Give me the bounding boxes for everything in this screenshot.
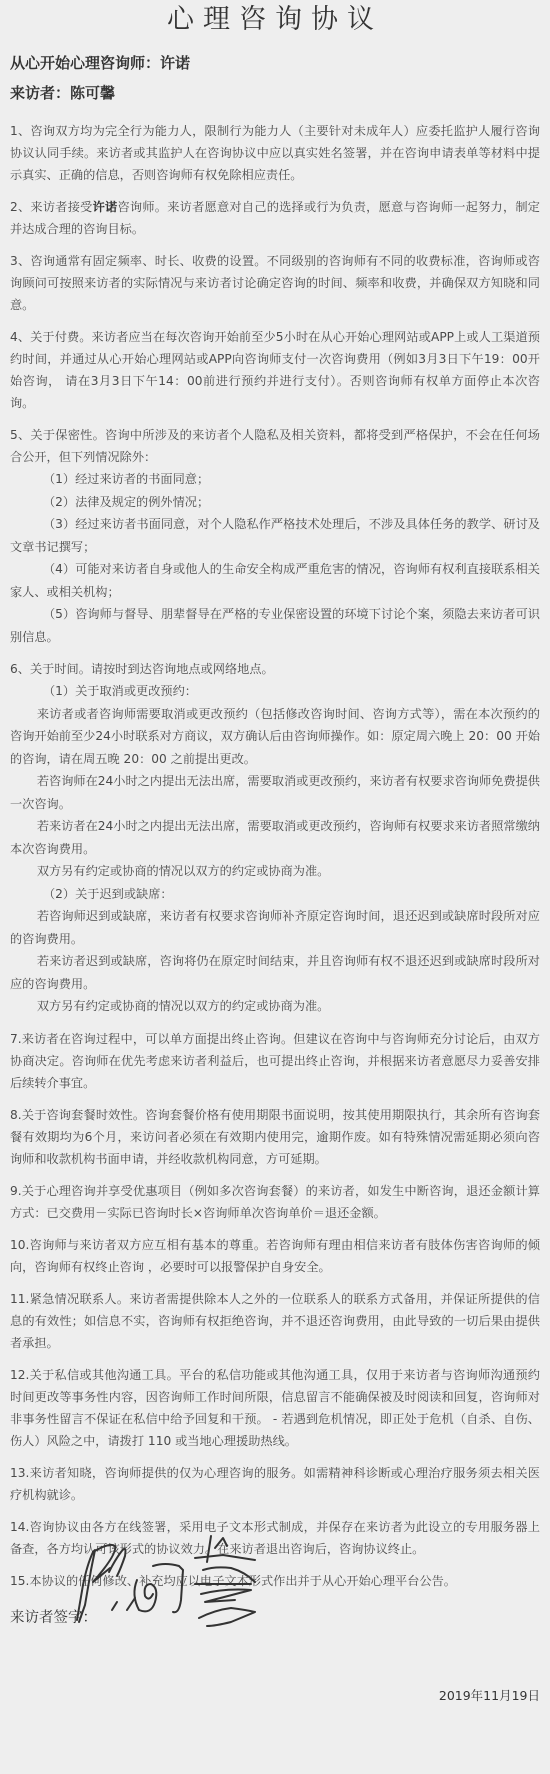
clause-6-sub2-para: 双方另有约定或协商的情况以双方的约定或协商为准。 [10,995,540,1018]
clause-5-item: （3）经过来访者书面同意，对个人隐私作严格技术处理后，不涉及具体任务的教学、研讨… [10,513,540,558]
clause-5-item: （5）咨询师与督导、朋辈督导在严格的专业保密设置的环境下讨论个案，须隐去来访者可… [10,603,540,648]
clause-6-sub2-para: 若咨询师迟到或缺席，来访者有权要求咨询师补齐原定咨询时间，退还迟到或缺席时段所对… [10,905,540,950]
clause-6-sub1-para: 若来访者在24小时之内提出无法出席，需要取消或更改预约，咨询师有权要求来访者照常… [10,815,540,860]
counselor-line: 从心开始心理咨询师：许诺 [10,48,540,78]
page-title: 心理咨询协议 [10,0,540,38]
clause-6-sub1-para: 来访者或者咨询师需要取消或更改预约（包括修改咨询时间、咨询方式等），需在本次预约… [10,703,540,771]
clause-1: 1、咨询双方均为完全行为能力人，限制行为能力人（主要针对未成年人）应委托监护人履… [10,120,540,186]
counselor-name: 许诺 [93,200,118,214]
clause-4: 4、关于付费。来访者应当在每次咨询开始前至少5小时在从心开始心理网站或APP上或… [10,326,540,414]
agreement-document: 心理咨询协议 从心开始心理咨询师：许诺 来访者：陈可馨 1、咨询双方均为完全行为… [0,0,550,1630]
clause-12: 12.关于私信或其他沟通工具。平台的私信功能或其他沟通工具，仅用于来访者与咨询师… [10,1364,540,1452]
clause-6-sub1-para: 双方另有约定或协商的情况以双方的约定或协商为准。 [10,860,540,883]
clause-5-item: （2）法律及规定的例外情况； [10,491,540,514]
clause-9: 9.关于心理咨询并享受优惠项目（例如多次咨询套餐）的来访者，如发生中断咨询，退还… [10,1180,540,1224]
clause-10: 10.咨询师与来访者双方应互相有基本的尊重。若咨询师有理由相信来访者有肢体伤害咨… [10,1234,540,1278]
clause-7: 7.来访者在咨询过程中，可以单方面提出终止咨询。但建议在咨询中与咨询师充分讨论后… [10,1028,540,1094]
clause-8: 8.关于咨询套餐时效性。咨询套餐价格有使用期限书面说明，按其使用期限执行，其余所… [10,1104,540,1170]
clause-2-prefix: 2、来访者接受 [10,200,93,214]
clause-6-sub1-para: 若咨询师在24小时之内提出无法出席，需要取消或更改预约，来访者有权要求咨询师免费… [10,770,540,815]
clause-5-item: （1）经过来访者的书面同意； [10,468,540,491]
clause-5-intro: 5、关于保密性。咨询中所涉及的来访者个人隐私及相关资料，都将受到严格保护，不会在… [10,424,540,468]
clause-6: 6、关于时间。请按时到达咨询地点或网络地点。 （1）关于取消或更改预约： 来访者… [10,658,540,1018]
clause-5: 5、关于保密性。咨询中所涉及的来访者个人隐私及相关资料，都将受到严格保护，不会在… [10,424,540,648]
client-line: 来访者：陈可馨 [10,78,540,108]
clause-3: 3、咨询通常有固定频率、时长、收费的设置。不同级别的咨询师有不同的收费标准，咨询… [10,250,540,316]
clause-13: 13.来访者知晓，咨询师提供的仅为心理咨询的服务。如需精神科诊断或心理治疗服务须… [10,1462,540,1506]
handwritten-signature [55,1510,295,1635]
clause-6-sub2-title: （2）关于迟到或缺席： [10,883,540,906]
clause-11: 11.紧急情况联系人。来访者需提供除本人之外的一位联系人的联系方式备用，并保证所… [10,1288,540,1354]
clause-6-sub2-para: 若来访者迟到或缺席，咨询将仍在原定时间结束，并且咨询师有权不退还迟到或缺席时段所… [10,950,540,995]
clause-2: 2、来访者接受许诺咨询师。来访者愿意对自己的选择或行为负责，愿意与咨询师一起努力… [10,196,540,240]
clause-5-item: （4）可能对来访者自身或他人的生命安全构成严重危害的情况，咨询师有权利直接联系相… [10,558,540,603]
signature-date: 2019年11月19日 [439,1686,540,1704]
clause-6-intro: 6、关于时间。请按时到达咨询地点或网络地点。 [10,658,540,680]
clause-6-sub1-title: （1）关于取消或更改预约： [10,680,540,703]
